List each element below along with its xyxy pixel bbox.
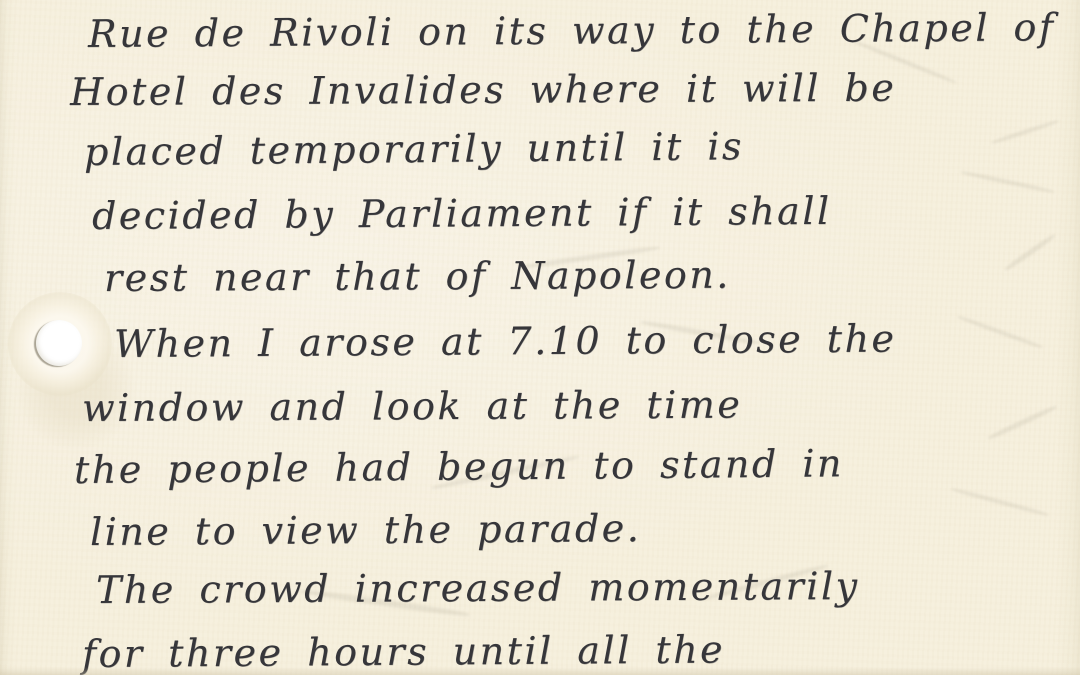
handwritten-line: The crowd increased momentarily [96, 562, 860, 614]
handwritten-line: line to view the parade. [90, 504, 642, 556]
handwritten-line: Rue de Rivoli on its way to the Chapel o… [88, 3, 1056, 58]
handwritten-line: decided by Parliament if it shall [92, 187, 832, 240]
handwritten-line: placed temporarily until it is [84, 122, 744, 176]
handwritten-line: rest near that of Napoleon. [104, 251, 731, 302]
diary-page: Rue de Rivoli on its way to the Chapel o… [0, 0, 1080, 675]
handwritten-line: Hotel des Invalides where it will be [70, 64, 897, 116]
handwritten-line: When I arose at 7.10 to close the [114, 315, 897, 368]
handwritten-line: window and look at the time [82, 381, 743, 432]
punch-hole [36, 320, 82, 366]
handwritten-line: the people had begun to stand in [74, 439, 844, 494]
page-bottom-edge-shadow [0, 667, 1080, 675]
